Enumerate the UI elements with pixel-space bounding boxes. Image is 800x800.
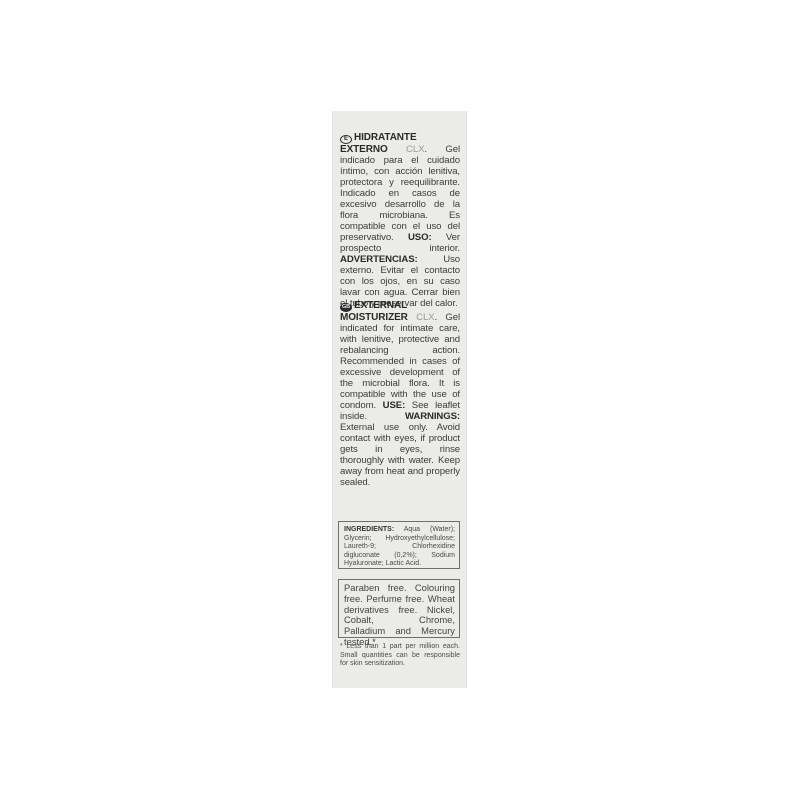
free-from-text: Paraben free. Colouring free. Perfume fr… — [344, 582, 455, 647]
footnote: * Less than 1 part per million each. Sma… — [340, 643, 460, 669]
english-use-label: USE: — [383, 400, 406, 411]
footnote-text: * Less than 1 part per million each. Sma… — [340, 643, 460, 667]
spanish-description-text: . Gel indicado para el cuidado íntimo, c… — [340, 144, 460, 243]
english-description-text: . Gel indicated for intimate care, with … — [340, 312, 460, 411]
spain-language-badge-icon: E — [340, 135, 352, 144]
ingredients-box: INGREDIENTS: Aqua (Water); Glycerin; Hyd… — [338, 521, 460, 569]
spanish-brand-name: CLX — [406, 144, 424, 155]
english-warnings-label: WARNINGS: — [405, 411, 460, 422]
english-warnings-text: External use only. Avoid contact with ey… — [340, 422, 460, 488]
free-from-box: Paraben free. Colouring free. Perfume fr… — [338, 579, 460, 638]
product-image-stage: EHIDRATANTE EXTERNO CLX. Gel indicado pa… — [0, 0, 800, 800]
spanish-advertencias-label: ADVERTENCIAS: — [340, 254, 418, 265]
spanish-uso-label: USO: — [408, 232, 432, 243]
uk-language-badge-icon: GB — [340, 303, 352, 312]
spanish-description: EHIDRATANTE EXTERNO CLX. Gel indicado pa… — [340, 132, 460, 309]
english-brand-name: CLX — [416, 312, 434, 323]
ingredients-label: INGREDIENTS: — [344, 526, 394, 533]
english-description: GBEXTERNAL MOISTURIZER CLX. Gel indicate… — [340, 300, 460, 488]
